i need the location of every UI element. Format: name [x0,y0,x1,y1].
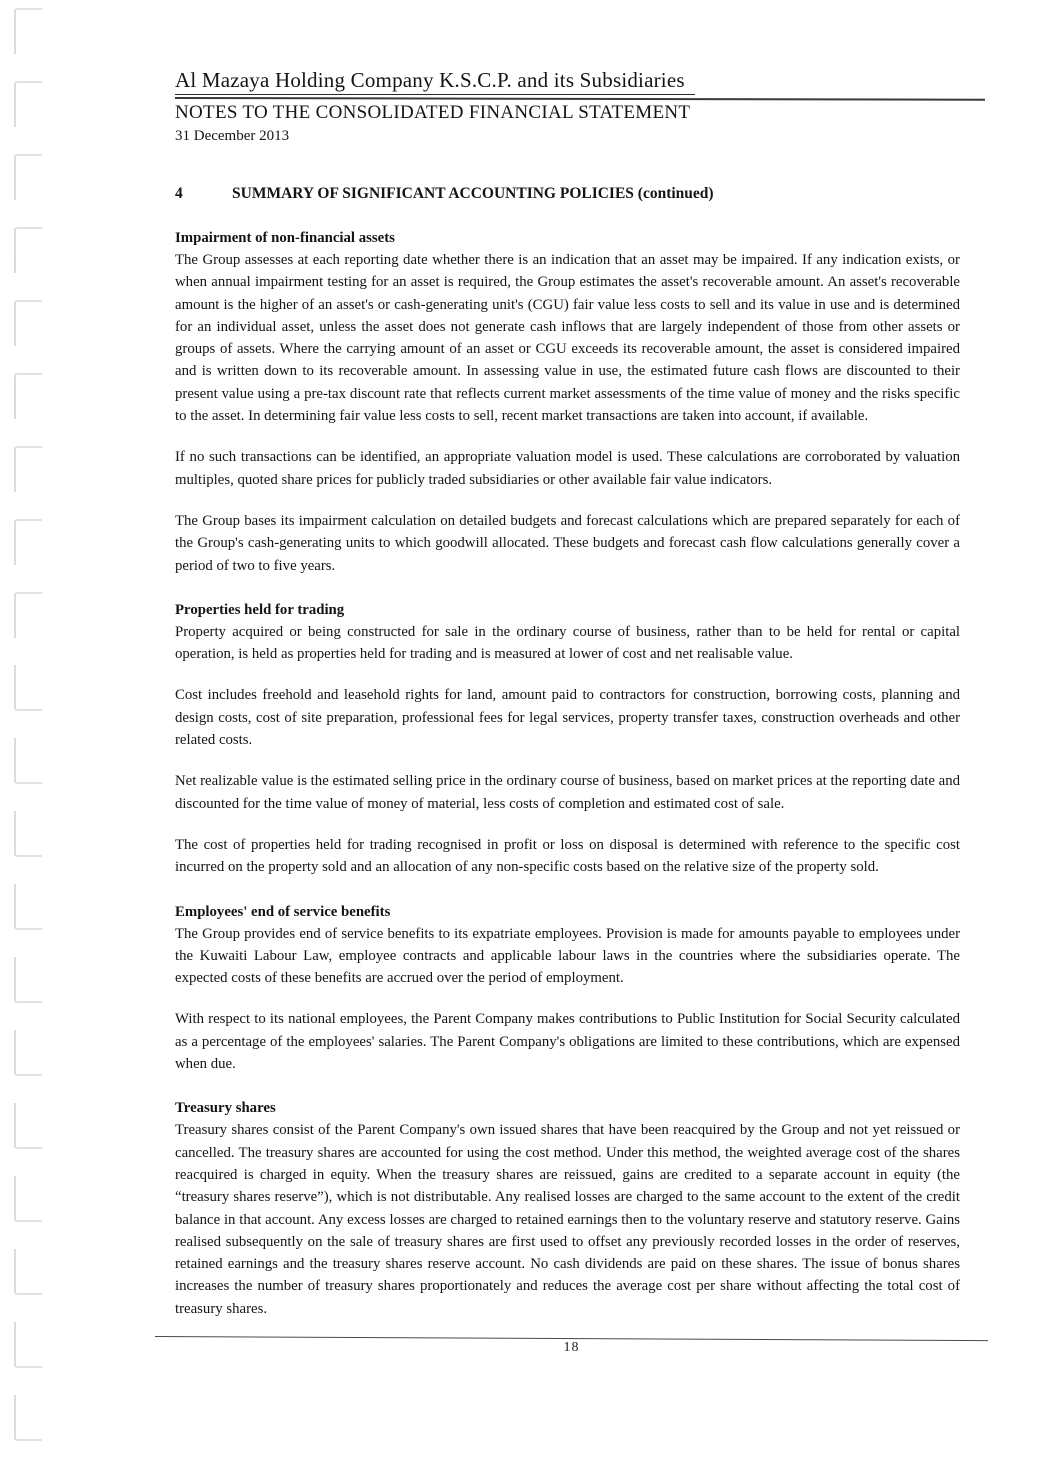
binding-mark [14,519,42,565]
paragraph: The Group provides end of service benefi… [175,923,960,990]
section-title: SUMMARY OF SIGNIFICANT ACCOUNTING POLICI… [232,185,714,203]
subsection-heading: Properties held for trading [175,602,960,619]
binding-mark [14,1176,42,1222]
binding-mark [14,592,42,638]
subsection-heading: Employees' end of service benefits [175,904,960,921]
header-divider [175,97,985,101]
binding-mark [14,81,42,127]
binding-mark [14,154,42,200]
subsection-heading: Treasury shares [175,1100,960,1117]
paragraph: Net realizable value is the estimated se… [175,770,960,815]
document-body: Impairment of non-financial assets The G… [175,230,960,1320]
section-heading: 4 SUMMARY OF SIGNIFICANT ACCOUNTING POLI… [175,185,985,203]
paragraph: With respect to its national employees, … [175,1008,960,1075]
subsection-heading: Impairment of non-financial assets [175,230,960,247]
binding-mark [14,1322,42,1368]
page-footer: 18 [155,1336,988,1356]
paragraph: The cost of properties held for trading … [175,834,960,879]
section-number: 4 [175,185,232,203]
subsection-treasury-shares: Treasury shares Treasury shares consist … [175,1100,960,1320]
binding-mark [14,665,42,711]
page-number: 18 [155,1340,988,1356]
binding-mark [14,884,42,930]
paragraph: The Group bases its impairment calculati… [175,510,960,577]
binding-mark [14,811,42,857]
paragraph: If no such transactions can be identifie… [175,446,960,491]
binding-mark [14,1103,42,1149]
subsection-properties-held-for-trading: Properties held for trading Property acq… [175,602,960,879]
document-header: Al Mazaya Holding Company K.S.C.P. and i… [175,68,985,145]
binding-mark [14,300,42,346]
binding-mark [14,227,42,273]
binding-mark [14,738,42,784]
paragraph: Property acquired or being constructed f… [175,621,960,666]
company-name: Al Mazaya Holding Company K.S.C.P. and i… [175,68,695,95]
binding-mark [14,1249,42,1295]
paragraph: The Group assesses at each reporting dat… [175,249,960,427]
binding-mark [14,446,42,492]
document-date: 31 December 2013 [175,128,985,145]
binding-mark [14,1395,42,1441]
subsection-impairment: Impairment of non-financial assets The G… [175,230,960,577]
document-page: Al Mazaya Holding Company K.S.C.P. and i… [0,0,1040,1471]
binding-mark [14,957,42,1003]
binding-mark [14,373,42,419]
binding-mark [14,8,42,54]
binding-mark [14,1030,42,1076]
page-content: Al Mazaya Holding Company K.S.C.P. and i… [175,68,985,1320]
subsection-employees-end-of-service: Employees' end of service benefits The G… [175,904,960,1076]
paragraph: Treasury shares consist of the Parent Co… [175,1119,960,1320]
document-title: NOTES TO THE CONSOLIDATED FINANCIAL STAT… [175,102,985,124]
paragraph: Cost includes freehold and leasehold rig… [175,684,960,751]
